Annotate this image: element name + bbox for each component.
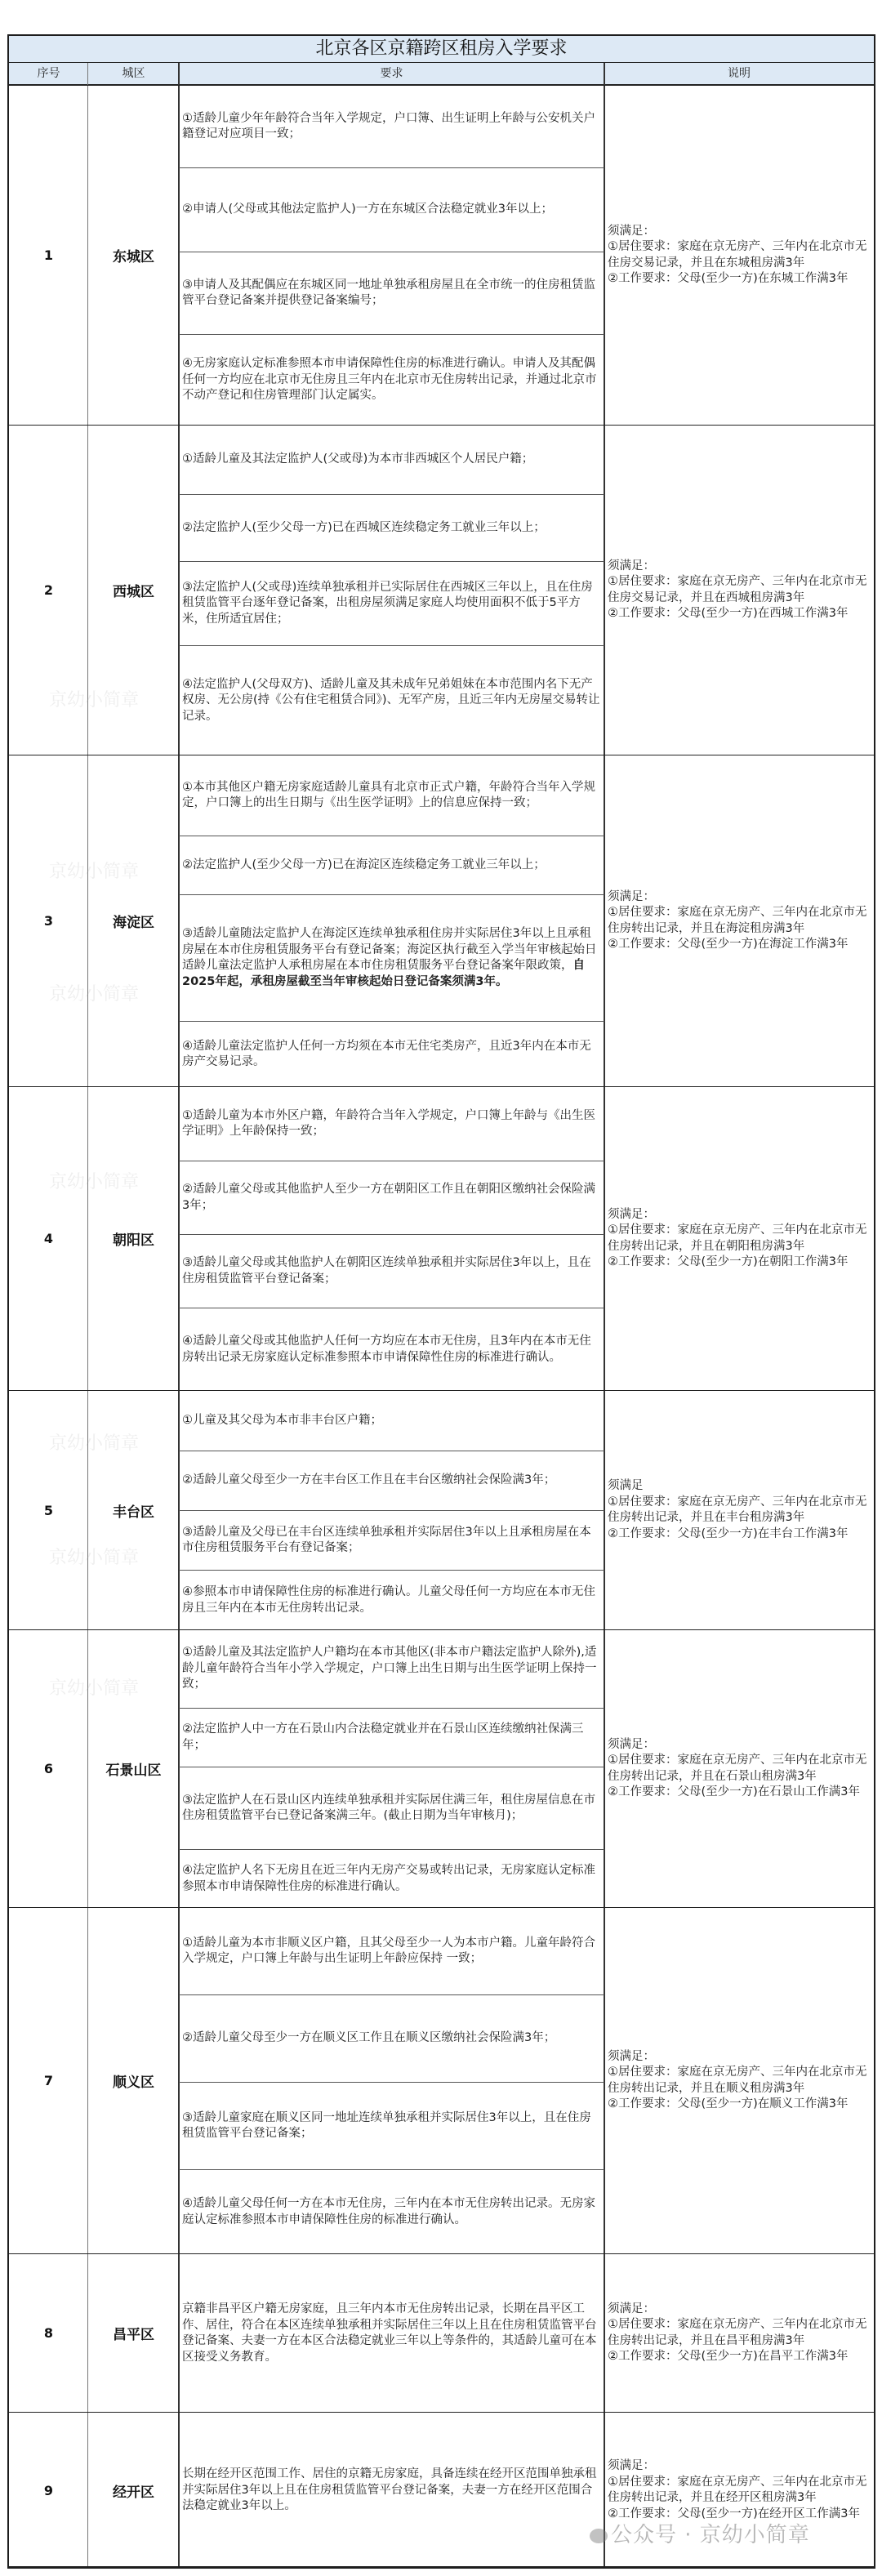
column-header-district: 城区 xyxy=(88,63,179,84)
district-name: 顺义区 xyxy=(88,1908,179,2253)
requirement-item: 长期在经开区范围工作、居住的京籍无房家庭，具备连续在经开区范围单独承租并实际居住… xyxy=(179,2413,604,2569)
table-row: 2 西城区 ①适龄儿童及其法定监护人(父或母)为本市非西城区个人居民户籍； ②法… xyxy=(9,425,874,755)
note-work: ②工作要求：父母(至少一方)在朝阳工作满3年 xyxy=(608,1255,871,1271)
row-number: 3 xyxy=(9,755,88,1086)
table-row: 3 海淀区 ①本市其他区户籍无房家庭适龄儿童具有北京市正式户籍，年龄符合当年入学… xyxy=(9,755,874,1086)
requirement-item: ②适龄儿童父母至少一方在丰台区工作且在丰台区缴纳社会保险满3年； xyxy=(179,1451,604,1510)
table-row: 9 经开区 长期在经开区范围工作、居住的京籍无房家庭，具备连续在经开区范围单独承… xyxy=(9,2412,874,2568)
notes-cell: 须满足： ①居住要求：家庭在京无房产、三年内在北京市无住房转出记录，并且在顺义租… xyxy=(604,1908,874,2253)
table-row: 8 昌平区 京籍非昌平区户籍无房家庭，且三年内本市无住房转出记录，长期在昌平区工… xyxy=(9,2253,874,2412)
note-work: ②工作要求：父母(至少一方)在顺义工作满3年 xyxy=(608,2097,871,2113)
row-number: 9 xyxy=(9,2413,88,2568)
requirement-item: ④适龄儿童法定监护人任何一方均须在本市无住宅类房产，且近3年内在本市无房产交易记… xyxy=(179,1021,604,1087)
requirement-item: ①适龄儿童为本市非顺义区户籍，且其父母至少一人为本市户籍。儿童年龄符合入学规定，… xyxy=(179,1908,604,1994)
table-row: 1 东城区 ①适龄儿童少年年龄符合当年入学规定，户口簿、出生证明上年龄与公安机关… xyxy=(9,85,874,425)
row-number: 4 xyxy=(9,1087,88,1390)
notes-cell: 须满足： ①居住要求：家庭在京无房产、三年内在北京市无住房转出记录，并且在昌平租… xyxy=(604,2254,874,2412)
requirements-table: 北京各区京籍跨区租房入学要求 序号 城区 要求 说明 1 东城区 ①适龄儿童少年… xyxy=(7,34,875,2569)
requirement-item: ②法定监护人中一方在石景山内合法稳定就业并在石景山区连续缴纳社保满三年； xyxy=(179,1708,604,1767)
district-name: 昌平区 xyxy=(88,2254,179,2412)
district-name: 丰台区 xyxy=(88,1391,179,1629)
note-work: ②工作要求：父母(至少一方)在昌平工作满3年 xyxy=(608,2349,871,2365)
note-residence: ①居住要求：家庭在京无房产、三年内在北京市无住房转出记录，并且在丰台租房满3年 xyxy=(608,1495,871,1526)
district-name: 西城区 xyxy=(88,426,179,755)
requirement-item: ③法定监护人(父或母)连续单独承租并已实际居住在西城区三年以上，且在住房租赁监管… xyxy=(179,561,604,645)
column-header-notes: 说明 xyxy=(604,63,874,84)
table-row: 7 顺义区 ①适龄儿童为本市非顺义区户籍，且其父母至少一人为本市户籍。儿童年龄符… xyxy=(9,1907,874,2253)
requirement-item: ①适龄儿童为本市外区户籍，年龄符合当年入学规定，户口簿上年龄与《出生医学证明》上… xyxy=(179,1087,604,1161)
row-number: 6 xyxy=(9,1630,88,1907)
note-work: ②工作要求：父母(至少一方)在东城工作满3年 xyxy=(608,271,871,287)
note-heading: 须满足： xyxy=(608,559,871,575)
note-residence: ①居住要求：家庭在京无房产、三年内在北京市无住房交易记录，并且在东城租房满3年 xyxy=(608,239,871,271)
column-header-requirements: 要求 xyxy=(179,63,604,84)
requirement-item: ①适龄儿童少年年龄符合当年入学规定，户口簿、出生证明上年龄与公安机关户籍登记对应… xyxy=(179,86,604,167)
requirement-item: ④适龄儿童父母或其他监护人任何一方均应在本市无住房，且3年内在本市无住房转出记录… xyxy=(179,1308,604,1391)
note-work: ②工作要求：父母(至少一方)在丰台工作满3年 xyxy=(608,1526,871,1543)
row-number: 1 xyxy=(9,86,88,425)
notes-cell: 须满足： ①居住要求：家庭在京无房产、三年内在北京市无住房转出记录，并且在海淀租… xyxy=(604,755,874,1086)
requirement-item: ③申请人及其配偶应在东城区同一地址单独承租房屋且在全市统一的住房租赁监管平台登记… xyxy=(179,252,604,334)
district-name: 石景山区 xyxy=(88,1630,179,1907)
note-heading: 须满足： xyxy=(608,1207,871,1223)
requirement-item: ④无房家庭认定标准参照本市申请保障性住房的标准进行确认。申请人及其配偶任何一方均… xyxy=(179,334,604,426)
requirements-cell: ①本市其他区户籍无房家庭适龄儿童具有北京市正式户籍，年龄符合当年入学规定，户口簿… xyxy=(179,755,604,1086)
requirement-item: ②法定监护人(至少父母一方)已在海淀区连续稳定务工就业三年以上； xyxy=(179,836,604,894)
requirement-item: ②适龄儿童父母或其他监护人至少一方在朝阳区工作且在朝阳区缴纳社会保险满3年； xyxy=(179,1161,604,1234)
note-heading: 须满足： xyxy=(608,2302,871,2318)
requirement-item: ①本市其他区户籍无房家庭适龄儿童具有北京市正式户籍，年龄符合当年入学规定，户口簿… xyxy=(179,755,604,836)
requirements-cell: ①适龄儿童少年年龄符合当年入学规定，户口簿、出生证明上年龄与公安机关户籍登记对应… xyxy=(179,86,604,425)
requirement-item: 京籍非昌平区户籍无房家庭，且三年内本市无住房转出记录，长期在昌平区工作、居住，符… xyxy=(179,2254,604,2413)
requirement-item: ②适龄儿童父母至少一方在顺义区工作且在顺义区缴纳社会保险满3年； xyxy=(179,1994,604,2082)
requirements-cell: ①儿童及其父母为本市非丰台区户籍； ②适龄儿童父母至少一方在丰台区工作且在丰台区… xyxy=(179,1391,604,1629)
notes-cell: 须满足： ①居住要求：家庭在京无房产、三年内在北京市无住房转出记录，并且在朝阳租… xyxy=(604,1087,874,1390)
note-heading: 须满足： xyxy=(608,1737,871,1754)
requirement-item: ④参照本市申请保障性住房的标准进行确认。儿童父母任何一方均应在本市无住房且三年内… xyxy=(179,1570,604,1630)
row-number: 5 xyxy=(9,1391,88,1629)
note-residence: ①居住要求：家庭在京无房产、三年内在北京市无住房转出记录，并且在海淀租房满3年 xyxy=(608,905,871,937)
requirements-cell: ①适龄儿童为本市外区户籍，年龄符合当年入学规定，户口簿上年龄与《出生医学证明》上… xyxy=(179,1087,604,1390)
note-residence: ①居住要求：家庭在京无房产、三年内在北京市无住房转出记录，并且在经开区租房满3年 xyxy=(608,2475,871,2507)
requirement-item: ③适龄儿童及父母已在丰台区连续单独承租并实际居住3年以上且承租房屋在本市住房租赁… xyxy=(179,1510,604,1570)
notes-cell: 须满足 ①居住要求：家庭在京无房产、三年内在北京市无住房转出记录，并且在丰台租房… xyxy=(604,1391,874,1629)
note-residence: ①居住要求：家庭在京无房产、三年内在北京市无住房转出记录，并且在石景山租房满3年 xyxy=(608,1753,871,1785)
requirements-cell: ①适龄儿童及其法定监护人户籍均在本市其他区(非本市户籍法定监护人除外),适龄儿童… xyxy=(179,1630,604,1907)
note-work: ②工作要求：父母(至少一方)在西城工作满3年 xyxy=(608,606,871,622)
note-heading: 须满足： xyxy=(608,224,871,240)
requirement-item: ④适龄儿童父母任何一方在本市无住房，三年内在本市无住房转出记录。无房家庭认定标准… xyxy=(179,2169,604,2254)
notes-cell: 须满足： ①居住要求：家庭在京无房产、三年内在北京市无住房转出记录，并且在经开区… xyxy=(604,2413,874,2568)
row-number: 7 xyxy=(9,1908,88,2253)
notes-cell: 须满足： ①居住要求：家庭在京无房产、三年内在北京市无住房交易记录，并且在西城租… xyxy=(604,426,874,755)
requirement-item: ①适龄儿童及其法定监护人户籍均在本市其他区(非本市户籍法定监护人除外),适龄儿童… xyxy=(179,1630,604,1708)
notes-cell: 须满足： ①居住要求：家庭在京无房产、三年内在北京市无住房交易记录，并且在东城租… xyxy=(604,86,874,425)
requirement-item: ③适龄儿童家庭在顺义区同一地址连续单独承租并实际居住3年以上，且在住房租赁监管平… xyxy=(179,2082,604,2169)
district-name: 海淀区 xyxy=(88,755,179,1086)
requirement-item: ①适龄儿童及其法定监护人(父或母)为本市非西城区个人居民户籍； xyxy=(179,426,604,494)
note-heading: 须满足： xyxy=(608,2049,871,2066)
requirements-cell: ①适龄儿童及其法定监护人(父或母)为本市非西城区个人居民户籍； ②法定监护人(至… xyxy=(179,426,604,755)
row-number: 2 xyxy=(9,426,88,755)
note-work: ②工作要求：父母(至少一方)在石景山工作满3年 xyxy=(608,1785,871,1801)
requirement-item: ②申请人(父母或其他法定监护人)一方在东城区合法稳定就业3年以上； xyxy=(179,167,604,252)
requirement-item: ③法定监护人在石景山区内连续单独承租并实际居住满三年，租住房屋信息在市住房租赁监… xyxy=(179,1767,604,1849)
table-header-row: 序号 城区 要求 说明 xyxy=(9,63,874,85)
table-row: 4 朝阳区 ①适龄儿童为本市外区户籍，年龄符合当年入学规定，户口簿上年龄与《出生… xyxy=(9,1086,874,1390)
note-residence: ①居住要求：家庭在京无房产、三年内在北京市无住房转出记录，并且在朝阳租房满3年 xyxy=(608,1223,871,1255)
requirement-item: ②法定监护人(至少父母一方)已在西城区连续稳定务工就业三年以上； xyxy=(179,494,604,561)
note-heading: 须满足 xyxy=(608,1478,871,1495)
note-residence: ①居住要求：家庭在京无房产、三年内在北京市无住房转出记录，并且在昌平租房满3年 xyxy=(608,2317,871,2349)
column-header-no: 序号 xyxy=(9,63,88,84)
table-row: 6 石景山区 ①适龄儿童及其法定监护人户籍均在本市其他区(非本市户籍法定监护人除… xyxy=(9,1629,874,1907)
requirement-item: ③适龄儿童父母或其他监护人在朝阳区连续单独承租并实际居住3年以上，且在住房租赁监… xyxy=(179,1234,604,1308)
table-title: 北京各区京籍跨区租房入学要求 xyxy=(9,36,874,63)
note-heading: 须满足： xyxy=(608,2458,871,2475)
requirement-item: ④法定监护人名下无房且在近三年内无房产交易或转出记录，无房家庭认定标准参照本市申… xyxy=(179,1849,604,1908)
note-residence: ①居住要求：家庭在京无房产、三年内在北京市无住房交易记录，并且在西城租房满3年 xyxy=(608,574,871,606)
requirement-item: ①儿童及其父母为本市非丰台区户籍； xyxy=(179,1391,604,1451)
district-name: 朝阳区 xyxy=(88,1087,179,1390)
requirement-item: ④法定监护人(父母双方)、适龄儿童及其未成年兄弟姐妹在本市范围内名下无产权房、无… xyxy=(179,645,604,755)
note-work: ②工作要求：父母(至少一方)在海淀工作满3年 xyxy=(608,937,871,953)
requirements-cell: 京籍非昌平区户籍无房家庭，且三年内本市无住房转出记录，长期在昌平区工作、居住，符… xyxy=(179,2254,604,2412)
note-heading: 须满足： xyxy=(608,889,871,906)
notes-cell: 须满足： ①居住要求：家庭在京无房产、三年内在北京市无住房转出记录，并且在石景山… xyxy=(604,1630,874,1907)
requirement-item: ③适龄儿童随法定监护人在海淀区连续单独承租住房并实际居住3年以上且承租房屋在本市… xyxy=(179,894,604,1021)
row-number: 8 xyxy=(9,2254,88,2412)
note-residence: ①居住要求：家庭在京无房产、三年内在北京市无住房转出记录，并且在顺义租房满3年 xyxy=(608,2065,871,2097)
district-name: 东城区 xyxy=(88,86,179,425)
requirements-cell: 长期在经开区范围工作、居住的京籍无房家庭，具备连续在经开区范围单独承租并实际居住… xyxy=(179,2413,604,2568)
requirements-cell: ①适龄儿童为本市非顺义区户籍，且其父母至少一人为本市户籍。儿童年龄符合入学规定，… xyxy=(179,1908,604,2253)
table-row: 5 丰台区 ①儿童及其父母为本市非丰台区户籍； ②适龄儿童父母至少一方在丰台区工… xyxy=(9,1390,874,1629)
note-work: ②工作要求：父母(至少一方)在经开区工作满3年 xyxy=(608,2507,871,2523)
district-name: 经开区 xyxy=(88,2413,179,2568)
